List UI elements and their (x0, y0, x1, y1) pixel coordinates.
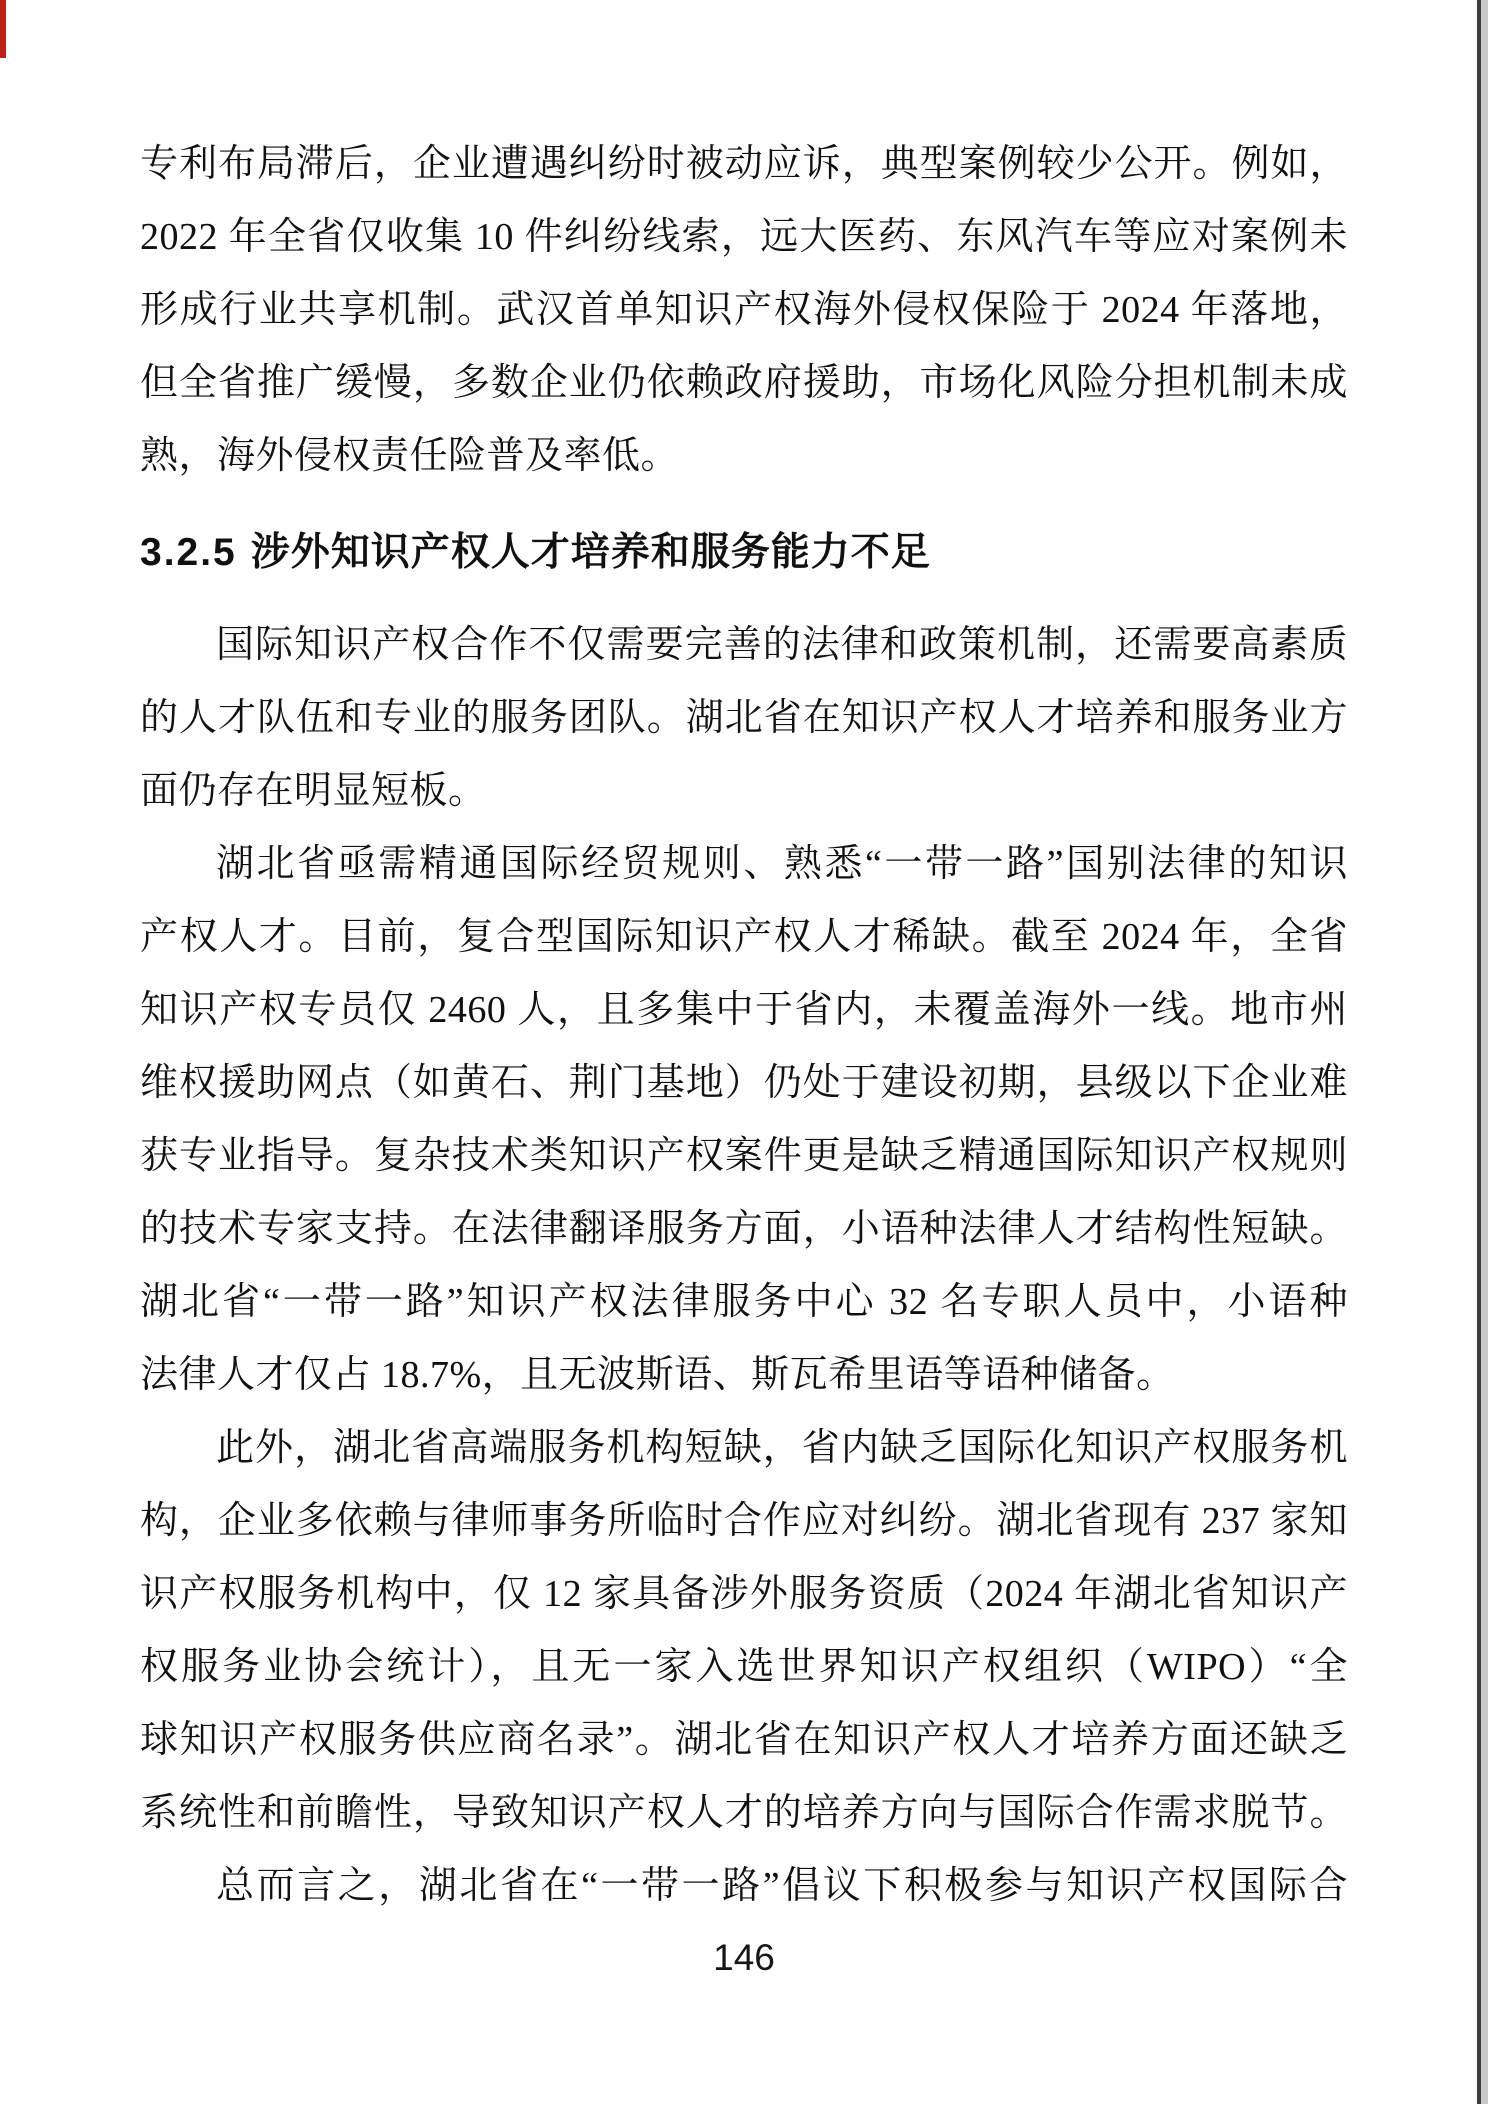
body-line: 面仍存在明显短板。 (140, 755, 1348, 828)
body-line: 产权人才。目前，复合型国际知识产权人才稀缺。截至 2024 年，全省 (140, 901, 1348, 974)
paragraph-capability: 国际知识产权合作不仅需要完善的法律和政策机制，还需要高素质 的人才队伍和专业的服… (140, 609, 1348, 828)
body-line: 此外，湖北省高端服务机构短缺，省内缺乏国际化知识产权服务机 (140, 1412, 1348, 1485)
body-line: 专利布局滞后，企业遭遇纠纷时被动应诉，典型案例较少公开。例如， (140, 128, 1348, 201)
body-line: 总而言之，湖北省在“一带一路”倡议下积极参与知识产权国际合 (140, 1850, 1348, 1923)
body-line: 湖北省“一带一路”知识产权法律服务中心 32 名专职人员中，小语种 (140, 1266, 1348, 1339)
text-block: 专利布局滞后，企业遭遇纠纷时被动应诉，典型案例较少公开。例如， 2022 年全省… (140, 128, 1348, 1923)
body-line: 知识产权专员仅 2460 人，且多集中于省内，未覆盖海外一线。地市州 (140, 974, 1348, 1047)
body-line: 的技术专家支持。在法律翻译服务方面，小语种法律人才结构性短缺。 (140, 1193, 1348, 1266)
section-heading: 3.2.5涉外知识产权人才培养和服务能力不足 (140, 513, 1348, 593)
body-line: 的人才队伍和专业的服务团队。湖北省在知识产权人才培养和服务业方 (140, 682, 1348, 755)
paragraph-service-agencies: 此外，湖北省高端服务机构短缺，省内缺乏国际化知识产权服务机 构，企业多依赖与律师… (140, 1412, 1348, 1850)
body-line: 熟，海外侵权责任险普及率低。 (140, 420, 1348, 493)
body-line: 形成行业共享机制。武汉首单知识产权海外侵权保险于 2024 年落地， (140, 274, 1348, 347)
body-line: 获专业指导。复杂技术类知识产权案件更是缺乏精通国际知识产权规则 (140, 1120, 1348, 1193)
scan-mark-top-left (0, 0, 6, 58)
section-title: 涉外知识产权人才培养和服务能力不足 (251, 531, 931, 574)
body-line: 法律人才仅占 18.7%，且无波斯语、斯瓦希里语等语种储备。 (140, 1339, 1348, 1412)
paragraph-talent-shortage: 湖北省亟需精通国际经贸规则、熟悉“一带一路”国别法律的知识 产权人才。目前，复合… (140, 828, 1348, 1412)
body-line: 构，企业多依赖与律师事务所临时合作应对纠纷。湖北省现有 237 家知 (140, 1485, 1348, 1558)
body-line: 系统性和前瞻性，导致知识产权人才的培养方向与国际合作需求脱节。 (140, 1777, 1348, 1850)
body-line: 识产权服务机构中，仅 12 家具备涉外服务资质（2024 年湖北省知识产 (140, 1558, 1348, 1631)
section-number: 3.2.5 (140, 531, 237, 574)
body-line: 国际知识产权合作不仅需要完善的法律和政策机制，还需要高素质 (140, 609, 1348, 682)
body-line: 球知识产权服务供应商名录”。湖北省在知识产权人才培养方面还缺乏 (140, 1704, 1348, 1777)
body-line: 2022 年全省仅收集 10 件纠纷线索，远大医药、东风汽车等应对案例未 (140, 201, 1348, 274)
body-line: 权服务业协会统计），且无一家入选世界知识产权组织（WIPO）“全 (140, 1631, 1348, 1704)
body-line: 维权援助网点（如黄石、荆门基地）仍处于建设初期，县级以下企业难 (140, 1047, 1348, 1120)
paragraph-summary: 总而言之，湖北省在“一带一路”倡议下积极参与知识产权国际合 (140, 1850, 1348, 1923)
scan-edge-right-shadow (1481, 0, 1488, 2104)
page-number: 146 (0, 1938, 1488, 1978)
intro-paragraph: 专利布局滞后，企业遭遇纠纷时被动应诉，典型案例较少公开。例如， 2022 年全省… (140, 128, 1348, 493)
body-line: 但全省推广缓慢，多数企业仍依赖政府援助，市场化风险分担机制未成 (140, 347, 1348, 420)
body-line: 湖北省亟需精通国际经贸规则、熟悉“一带一路”国别法律的知识 (140, 828, 1348, 901)
document-page: 专利布局滞后，企业遭遇纠纷时被动应诉，典型案例较少公开。例如， 2022 年全省… (0, 0, 1488, 2104)
